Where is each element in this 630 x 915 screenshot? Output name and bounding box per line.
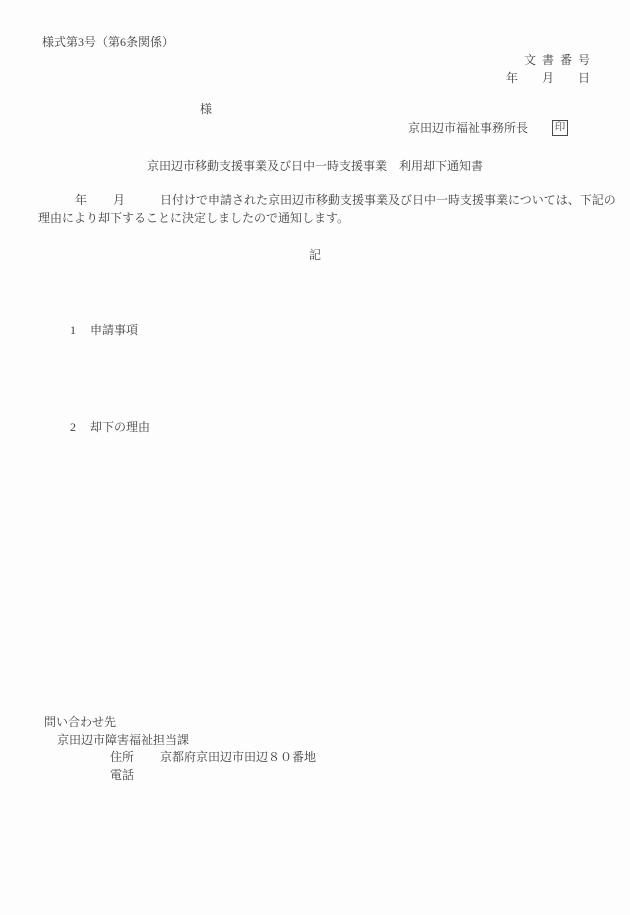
contact-phone-label: 電話 (110, 767, 134, 783)
contact-address-label: 住所 (110, 749, 134, 765)
date-placeholder: 年 月 日 (506, 70, 590, 86)
seal-mark: 印 (552, 120, 568, 136)
contact-address-value: 京都府京田辺市田辺８０番地 (160, 749, 316, 765)
body-line1-text: 日付けで申請された京田辺市移動支援事業及び日中一時支援事業については、下記の (160, 192, 616, 208)
document-title: 京田辺市移動支援事業及び日中一時支援事業 利用却下通知書 (0, 158, 630, 174)
body-month-label: 月 (113, 192, 125, 208)
record-marker: 記 (0, 247, 630, 263)
body-line2-text: 理由により却下することに決定しましたので通知します。 (38, 210, 349, 226)
item-1-number: 1 (70, 322, 76, 338)
body-year-label: 年 (75, 192, 87, 208)
document-page: 様式第3号（第6条関係） 文 書 番 号 年 月 日 様 京田辺市福祉事務所長 … (0, 0, 630, 915)
item-1-label: 申請事項 (90, 322, 138, 338)
item-rejection-reason: 2 却下の理由 (70, 419, 150, 435)
seal-character: 印 (555, 123, 566, 134)
addressee-honorific: 様 (200, 101, 212, 117)
contact-heading: 問い合わせ先 (44, 714, 116, 730)
item-application-details: 1 申請事項 (70, 322, 138, 338)
item-2-label: 却下の理由 (90, 419, 150, 435)
sender-title: 京田辺市福祉事務所長 (408, 120, 528, 136)
form-number: 様式第3号（第6条関係） (42, 34, 174, 50)
contact-department: 京田辺市障害福祉担当課 (57, 732, 189, 748)
item-2-number: 2 (70, 419, 76, 435)
doc-number-label: 文 書 番 号 (524, 52, 590, 68)
